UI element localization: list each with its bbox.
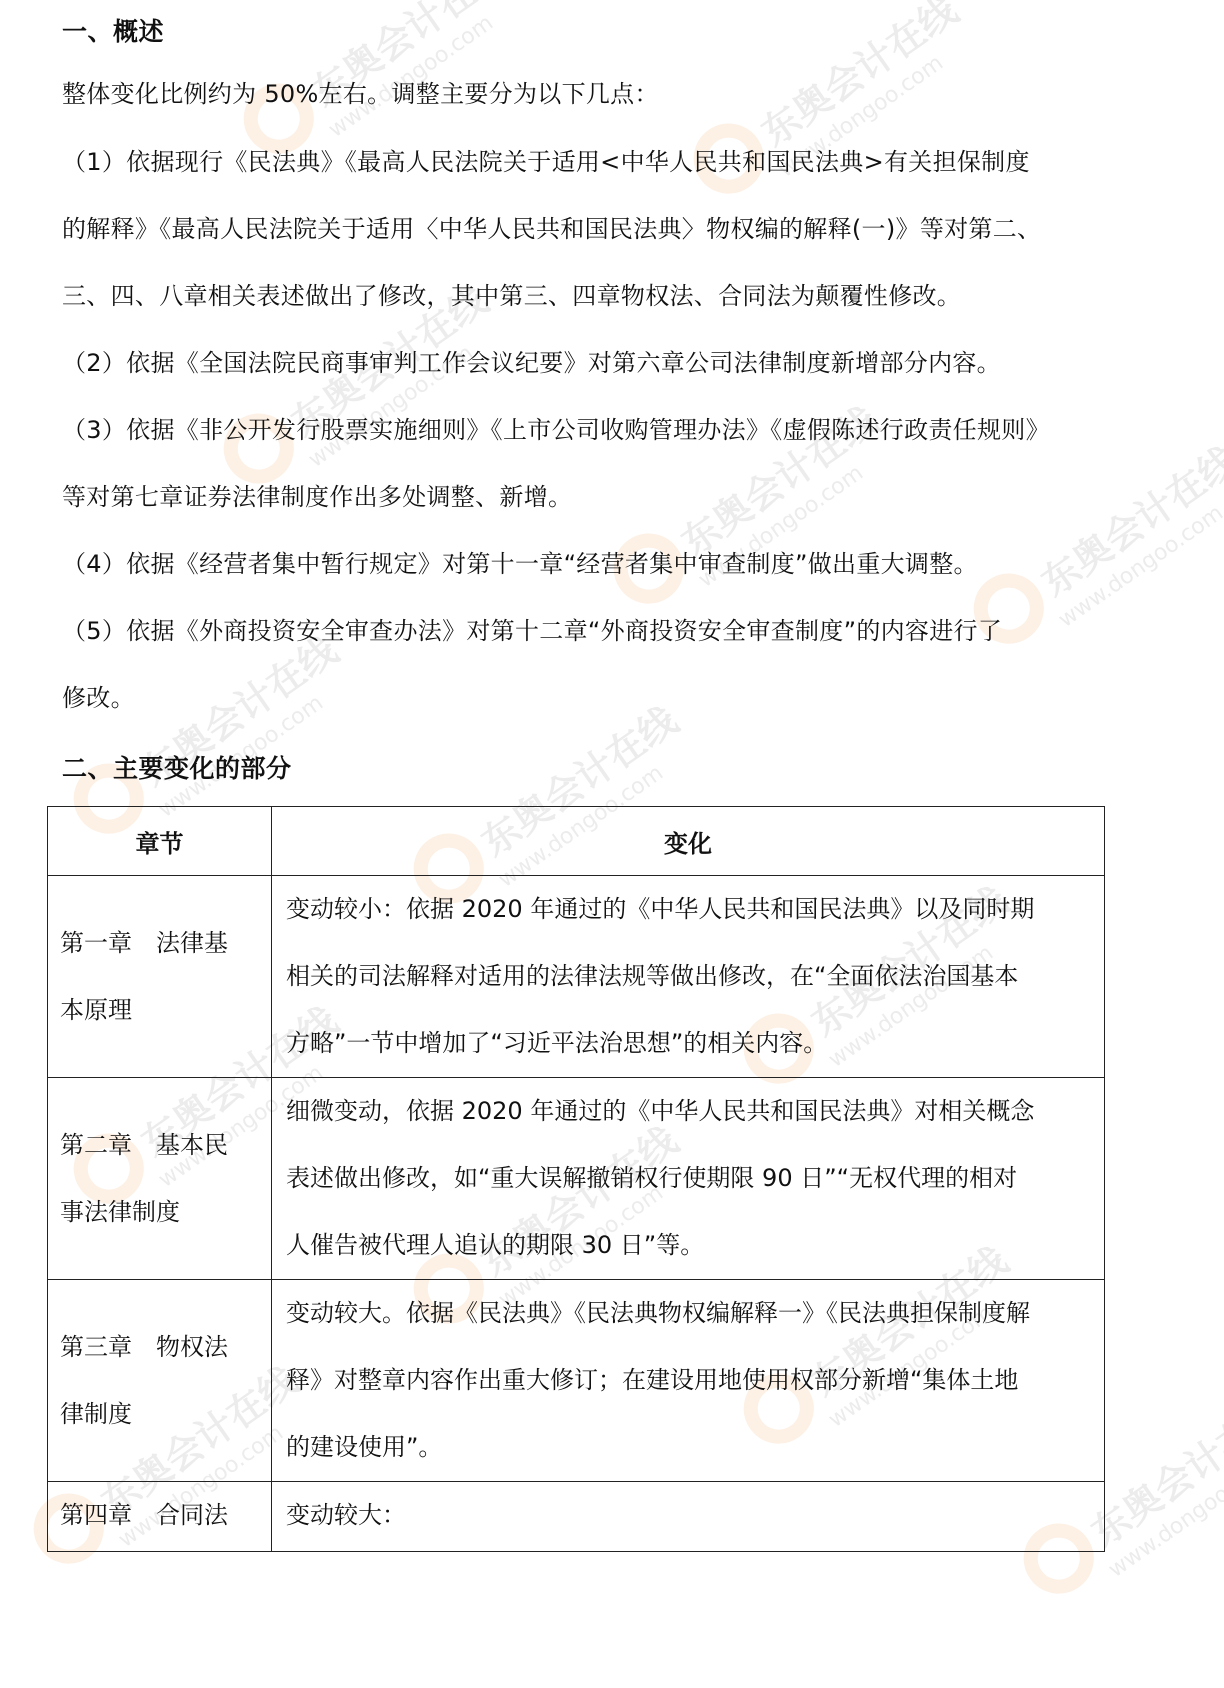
table-row: 第二章 基本民 事法律制度 细微变动，依据 2020 年通过的《中华人民共和国民… (48, 1078, 1105, 1280)
point-4-line-1: （4）依据《经营者集中暂行规定》对第十一章“经营者集中审查制度”做出重大调整。 (62, 550, 978, 578)
change-cell: 变动较大。依据《民法典》《民法典物权编解释一》《民法典担保制度解 释》对整章内容… (272, 1280, 1105, 1482)
chapter-cell: 第三章 物权法 律制度 (48, 1280, 272, 1482)
table-row: 第四章 合同法 变动较大： (48, 1482, 1105, 1552)
change-cell: 细微变动，依据 2020 年通过的《中华人民共和国民法典》对相关概念 表述做出修… (272, 1078, 1105, 1280)
overview-intro: 整体变化比例约为 50%左右。调整主要分为以下几点： (62, 80, 659, 108)
point-2-line-1: （2）依据《全国法院民商事审判工作会议纪要》对第六章公司法律制度新增部分内容。 (62, 349, 1001, 377)
point-1-line-2: 的解释》《最高人民法院关于适用〈中华人民共和国民法典〉物权编的解释(一)》等对第… (62, 215, 1041, 243)
point-5-line-1: （5）依据《外商投资安全审查办法》对第十二章“外商投资安全审查制度”的内容进行了 (62, 617, 1002, 645)
section-heading-overview: 一、概述 (62, 12, 164, 48)
column-header-change: 变化 (272, 807, 1105, 876)
table-row: 第三章 物权法 律制度 变动较大。依据《民法典》《民法典物权编解释一》《民法典担… (48, 1280, 1105, 1482)
table-header-row: 章节 变化 (48, 807, 1105, 876)
watermark: 东奥会计在线www.dongoo.com (680, 0, 982, 223)
changes-table: 章节 变化 第一章 法律基 本原理 变动较小：依据 2020 年通过的《中华人民… (47, 806, 1105, 1552)
chapter-cell: 第一章 法律基 本原理 (48, 876, 272, 1078)
point-3-line-1: （3）依据《非公开发行股票实施细则》《上市公司收购管理办法》《虚假陈述行政责任规… (62, 416, 1050, 444)
chapter-cell: 第四章 合同法 (48, 1482, 272, 1552)
point-3-line-2: 等对第七章证券法律制度作出多处调整、新增。 (62, 483, 572, 511)
point-1-line-3: 三、四、八章相关表述做出了修改，其中第三、四章物权法、合同法为颠覆性修改。 (62, 282, 961, 310)
column-header-chapter: 章节 (48, 807, 272, 876)
section-heading-main-changes: 二、主要变化的部分 (62, 749, 292, 785)
change-cell: 变动较小：依据 2020 年通过的《中华人民共和国民法典》以及同时期 相关的司法… (272, 876, 1105, 1078)
chapter-cell: 第二章 基本民 事法律制度 (48, 1078, 272, 1280)
change-cell: 变动较大： (272, 1482, 1105, 1552)
point-1-line-1: （1）依据现行《民法典》《最高人民法院关于适用<中华人民共和国民法典>有关担保制… (62, 148, 1030, 176)
point-5-line-2: 修改。 (62, 684, 135, 712)
table-row: 第一章 法律基 本原理 变动较小：依据 2020 年通过的《中华人民共和国民法典… (48, 876, 1105, 1078)
